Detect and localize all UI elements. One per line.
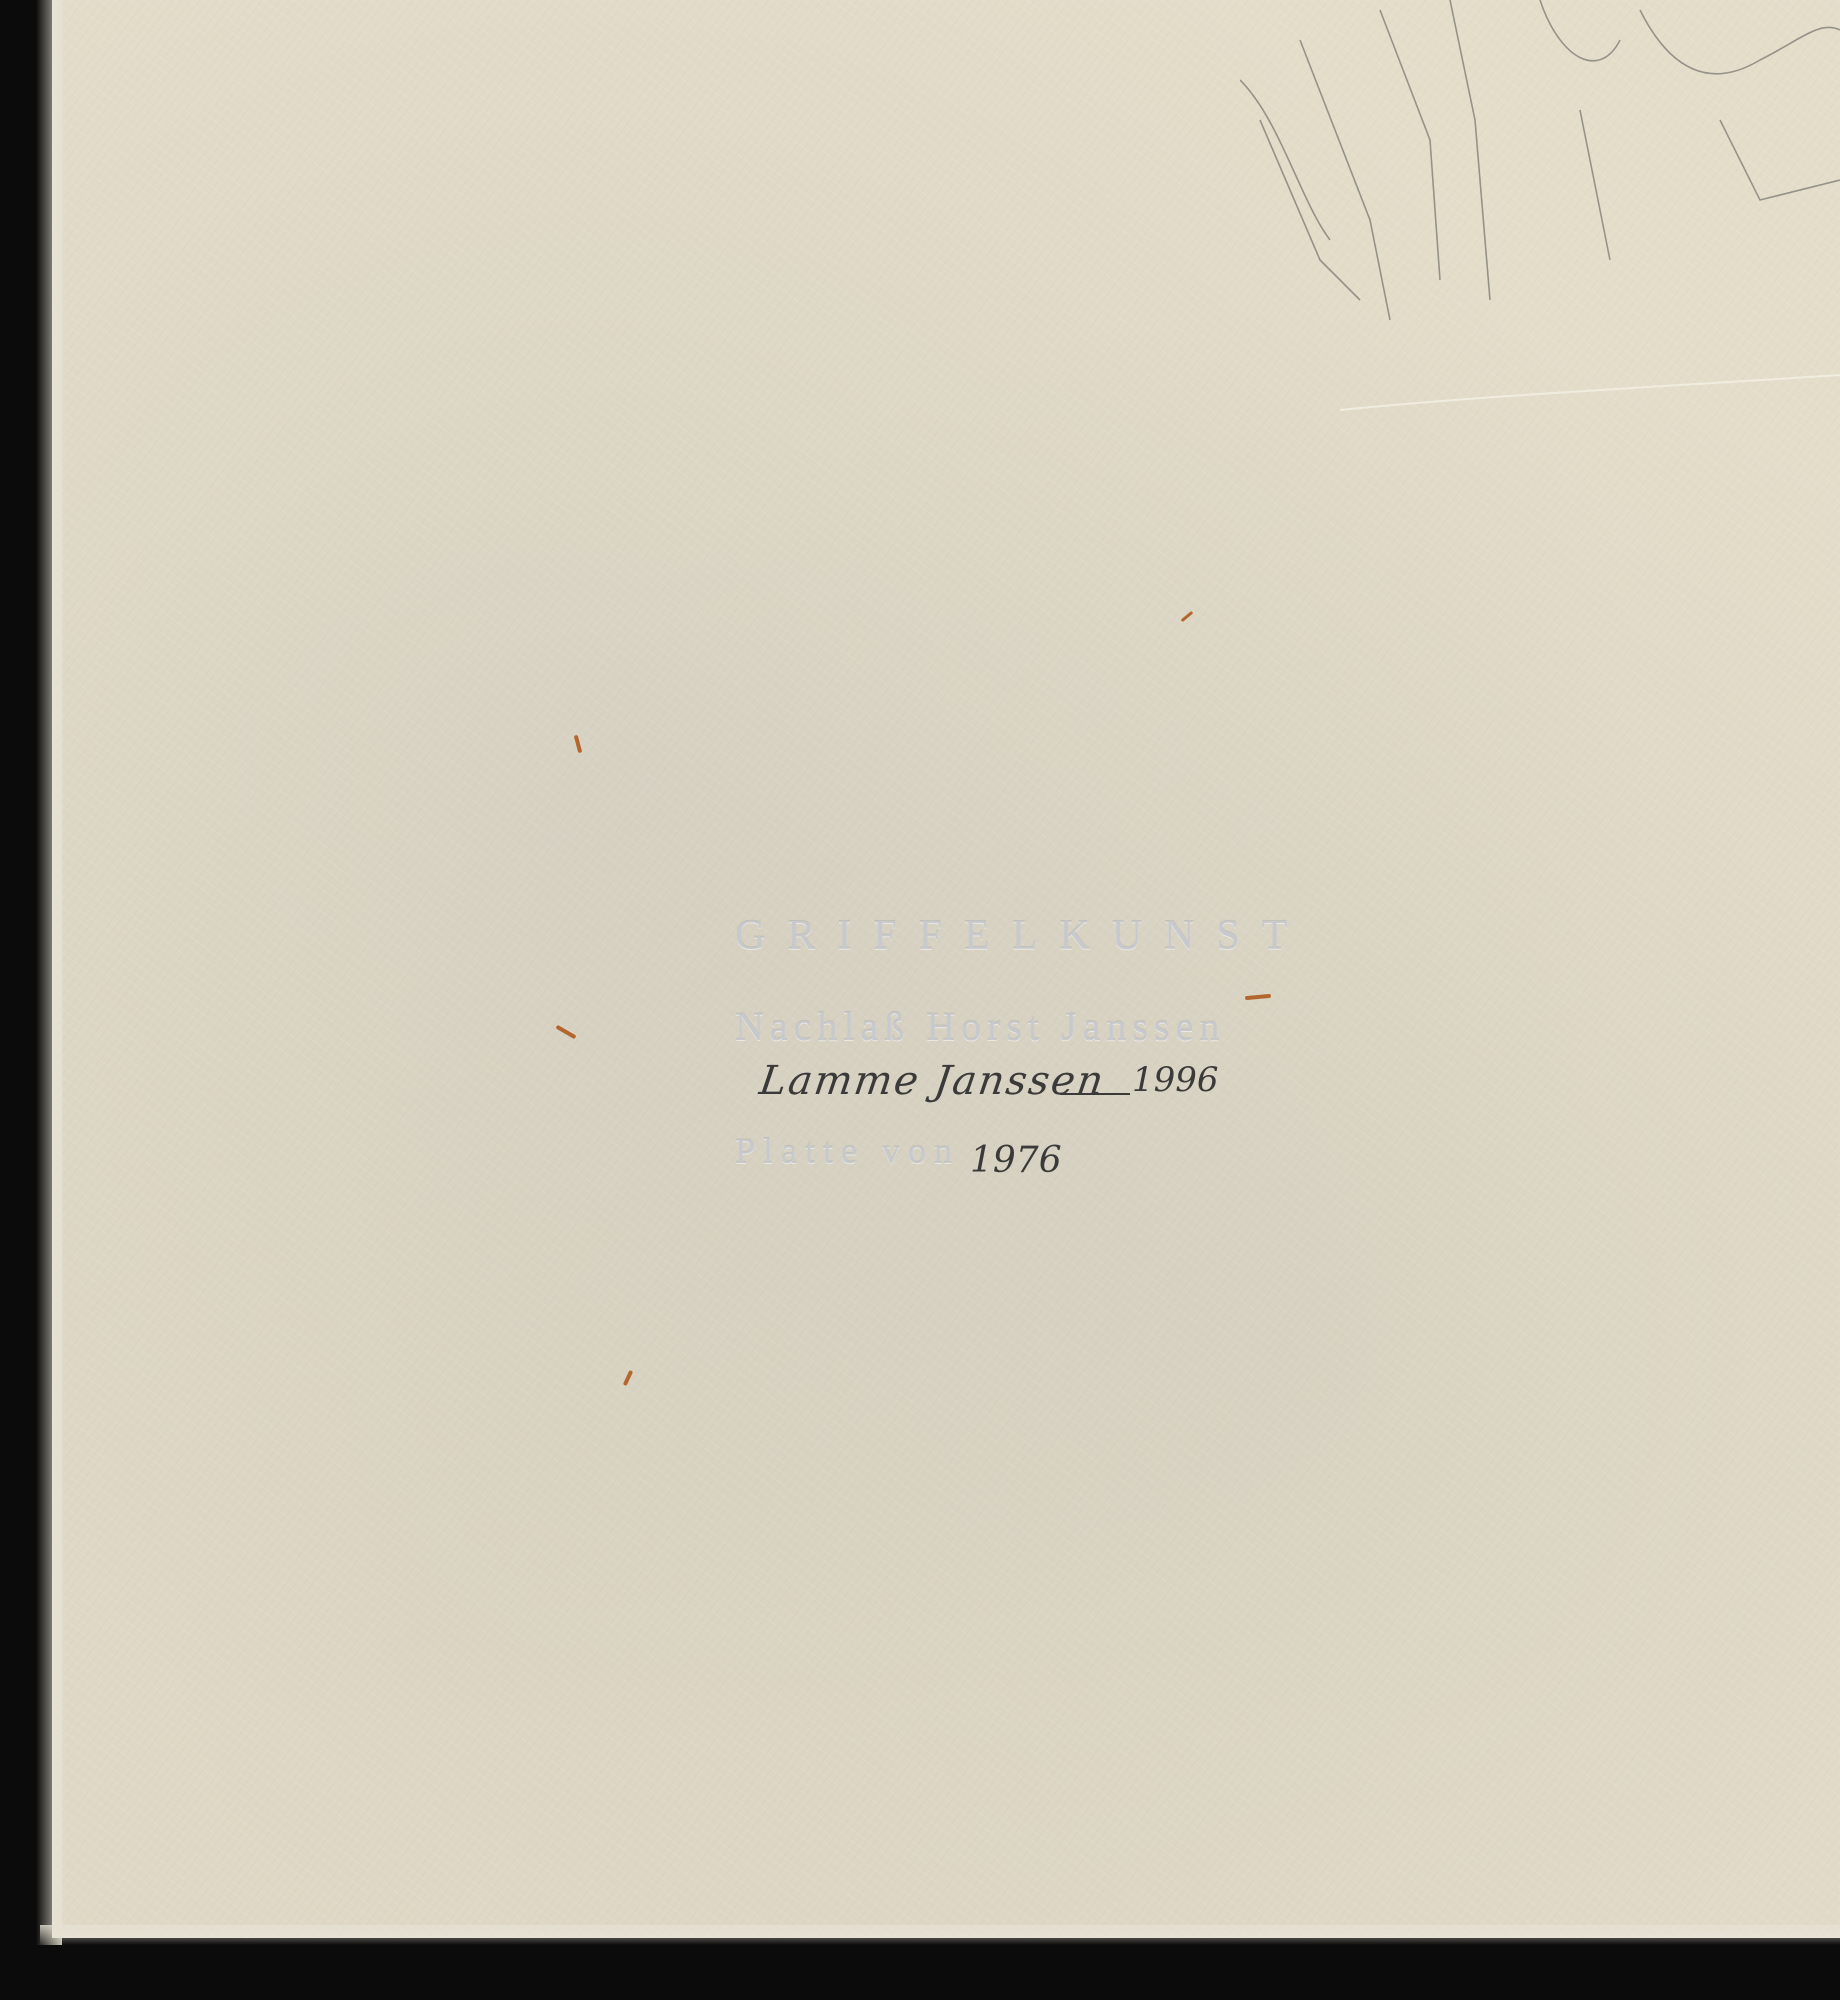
plate-year: 1976 bbox=[970, 1140, 1062, 1181]
blind-stamp-publisher: GRIFFELKUNST bbox=[735, 912, 1309, 960]
etching-drawing-fragment bbox=[1240, 0, 1840, 440]
blind-stamp-estate: Nachlaß Horst Janssen bbox=[735, 1003, 1225, 1050]
signature-stroke bbox=[1060, 1093, 1130, 1095]
blind-stamp-plate-label: Platte von bbox=[735, 1130, 960, 1172]
deckle-edge-left bbox=[36, 0, 62, 1945]
deckle-edge-bottom bbox=[40, 1925, 1840, 1945]
signature-year: 1996 bbox=[1132, 1060, 1219, 1100]
pencil-signature: Lamme Janssen bbox=[757, 1058, 1108, 1104]
